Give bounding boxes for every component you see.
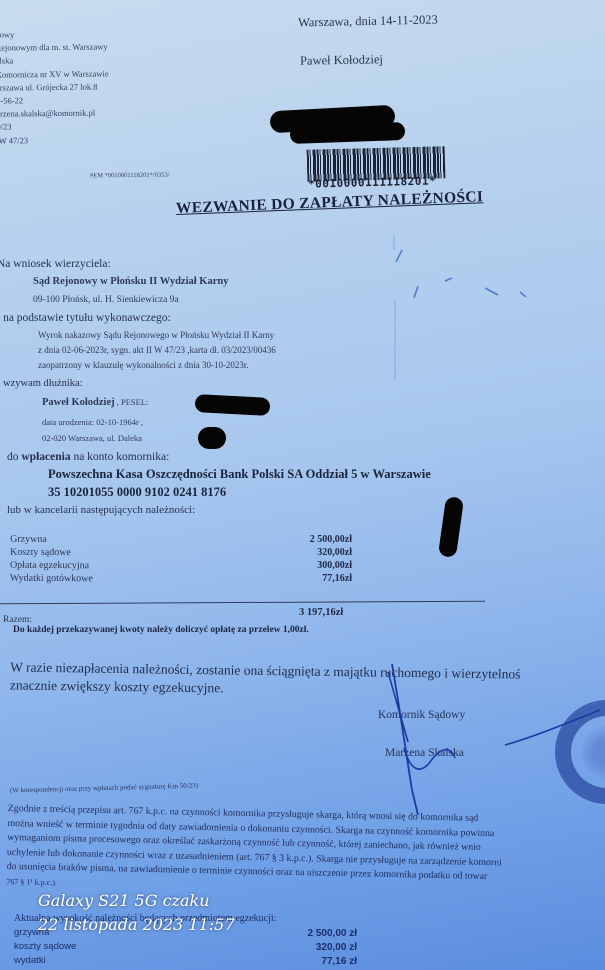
current-debt-amounts: 2 500,00 zł 320,00 zł 77,16 zł [262,927,357,969]
camera-watermark: Galaxy S21 5G czaku 22 listopada 2023 11… [38,889,235,937]
document-photo: dowy Rejonowym dla m. st. Warszawy alska… [0,0,605,970]
debt-row-amount: 320,00 zł [262,941,357,955]
debt-row-name: koszty sądowe [14,940,276,954]
camera-timestamp: 22 listopada 2023 11:57 [38,913,235,937]
legal-notice: Zgodnie z treścią przepisu art. 767 k.p.… [6,802,503,899]
debt-row-amount: 2 500,00 zł [262,927,357,941]
camera-device-label: Galaxy S21 5G czaku [38,889,235,913]
debt-row-amount: 77,16 zł [262,955,357,969]
debt-row-name: wydatki [14,954,276,968]
